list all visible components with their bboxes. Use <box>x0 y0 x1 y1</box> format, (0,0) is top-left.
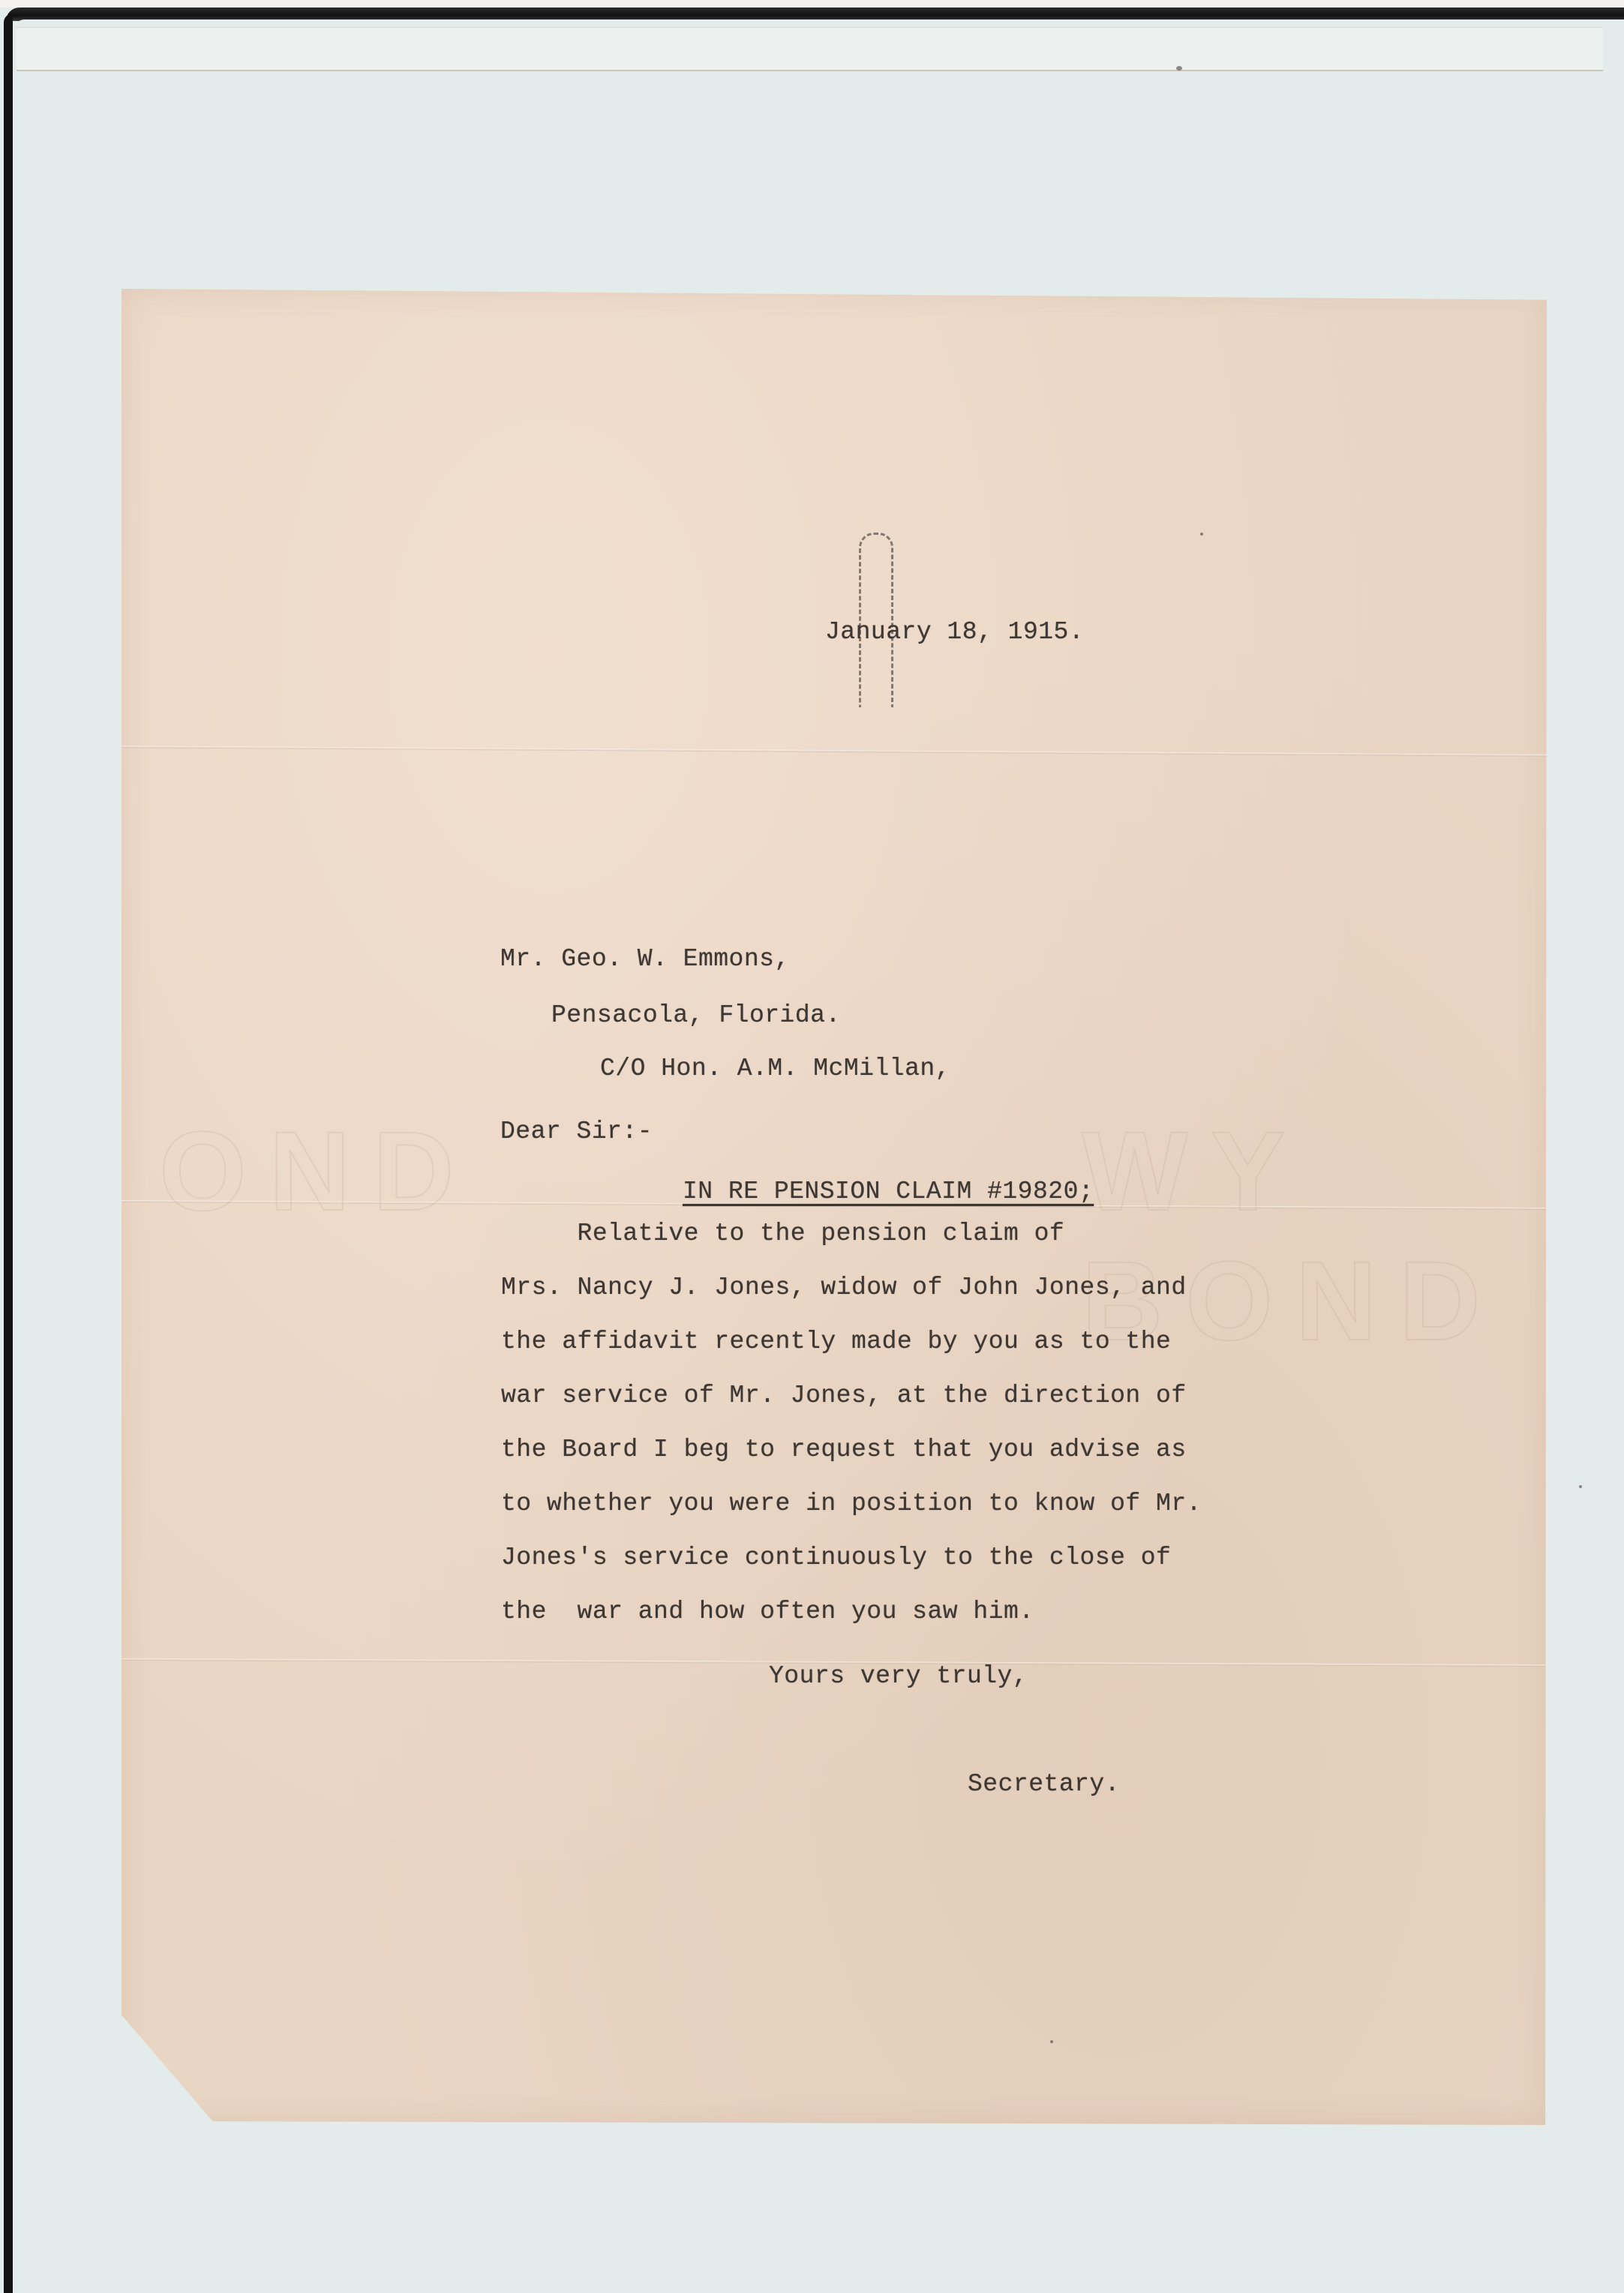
salutation: Dear Sir:- <box>500 1119 653 1144</box>
closing: Yours very truly, <box>769 1664 1028 1688</box>
recipient-name: Mr. Geo. W. Emmons, <box>500 947 790 971</box>
body-line: Mrs. Nancy J. Jones, widow of John Jones… <box>501 1275 1187 1300</box>
letter-date: January 18, 1915. <box>825 620 1084 644</box>
scanner-frame-left <box>4 14 13 2293</box>
paper-speck <box>1579 1485 1582 1488</box>
body-line: Jones's service continuously to the clos… <box>501 1545 1171 1570</box>
body-line: Relative to the pension claim of <box>501 1221 1064 1246</box>
body-line: to whether you were in position to know … <box>501 1491 1202 1516</box>
body-line: war service of Mr. Jones, at the directi… <box>501 1383 1187 1408</box>
fold-line <box>122 746 1547 757</box>
body-line: the Board I beg to request that you advi… <box>501 1437 1187 1462</box>
paper-speck <box>1176 66 1182 71</box>
watermark-left: OND <box>159 1106 476 1236</box>
scan-top-edge <box>0 0 1624 8</box>
paper-speck <box>1050 2040 1053 2043</box>
subject-line: IN RE PENSION CLAIM #19820; <box>683 1179 1094 1204</box>
recipient-care-of: C/O Hon. A.M. McMillan, <box>600 1056 950 1081</box>
body-line: the affidavit recently made by you as to… <box>501 1329 1171 1354</box>
letter-paper: OND WY BOND <box>122 289 1547 2125</box>
scanner-bed-strip <box>17 27 1603 71</box>
paper-speck <box>1200 533 1203 536</box>
body-line: the war and how often you saw him. <box>501 1599 1034 1624</box>
signature-title: Secretary. <box>968 1772 1120 1796</box>
recipient-city: Pensacola, Florida. <box>551 1003 841 1028</box>
